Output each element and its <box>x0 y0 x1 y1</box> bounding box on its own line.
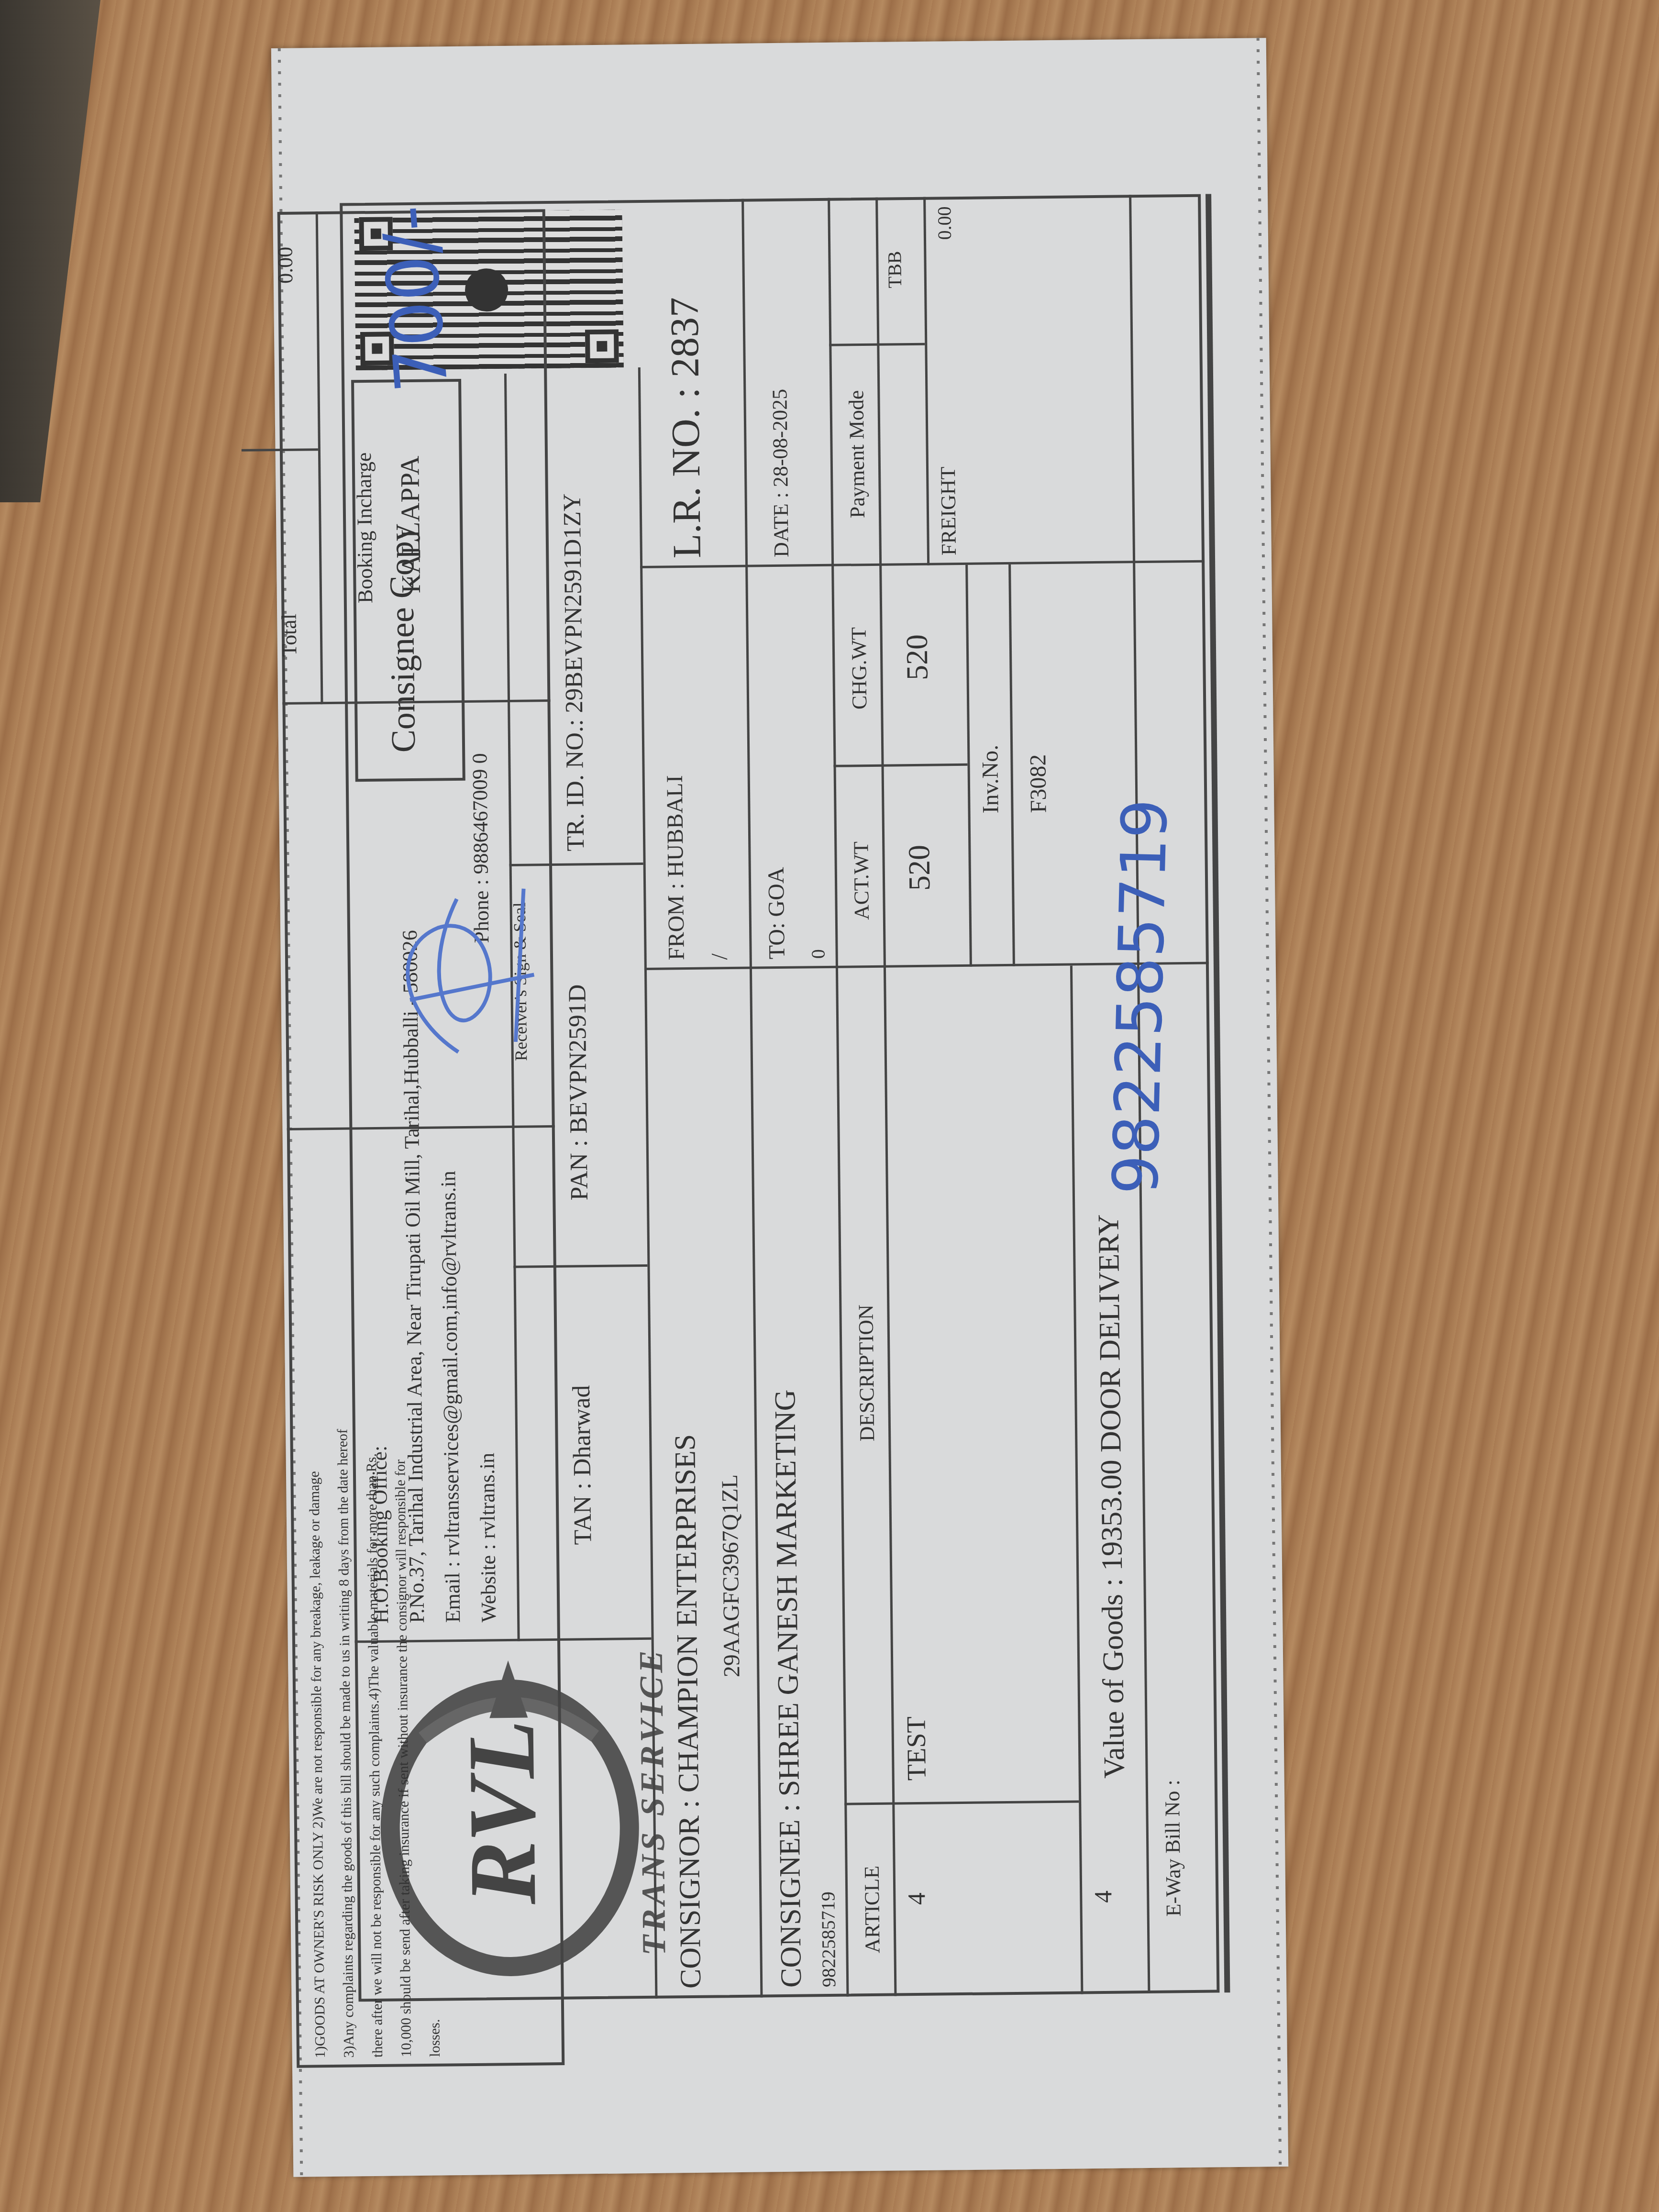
divider <box>1206 194 1230 1992</box>
receiver-signature <box>361 879 544 1072</box>
terms: 1)GOODS AT OWNER'S RISK ONLY 2)We are no… <box>297 1139 450 2058</box>
total-value: 0.00 <box>273 247 298 284</box>
handwritten-amount: 700/- <box>366 202 465 396</box>
receipt-footer-area: 1)GOODS AT OWNER'S RISK ONLY 2)We are no… <box>277 209 565 2068</box>
booking-incharge-name: KALLAPPA <box>395 455 427 593</box>
total-label: Total <box>276 614 301 657</box>
footer-rotated: 1)GOODS AT OWNER'S RISK ONLY 2)We are no… <box>277 209 565 2068</box>
booking-incharge-label: Booking Incharge <box>352 452 377 603</box>
perforation-right <box>1257 38 1282 2167</box>
desk-shadow <box>0 0 100 502</box>
